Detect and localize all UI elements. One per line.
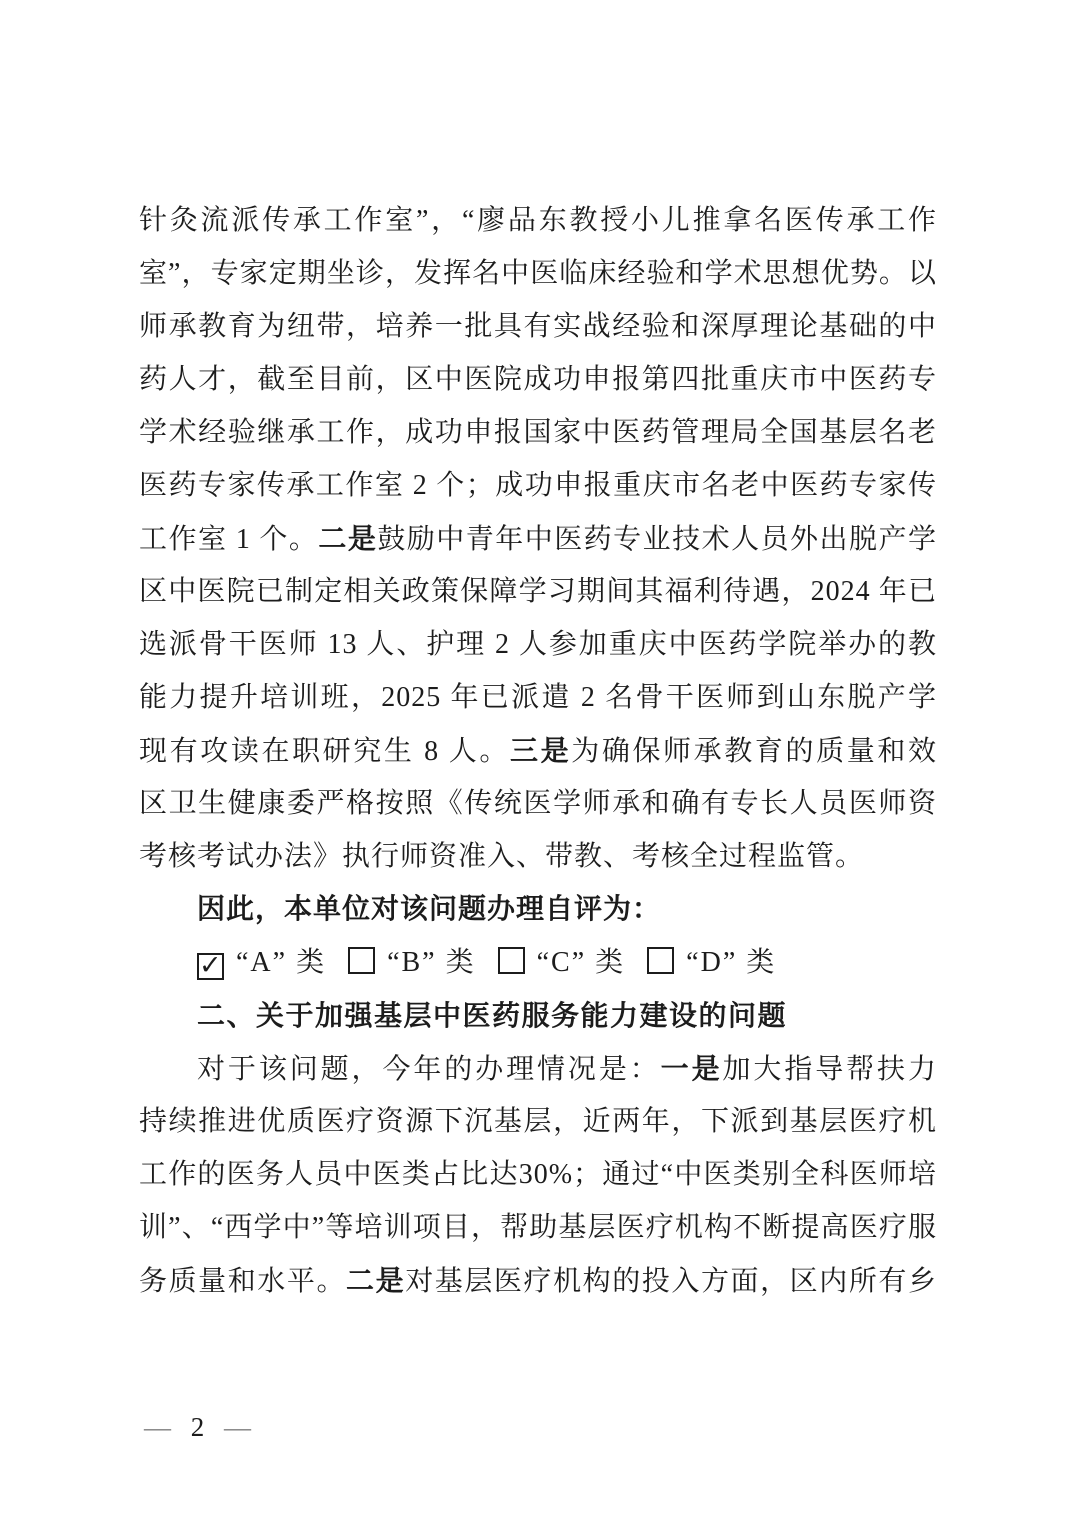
text-segment: 区中医院已制定相关政策保障学习期间其福利待遇，2024 年已 bbox=[139, 576, 937, 607]
para1-line: 师承教育为纽带，培养一批具有实战经验和深厚理论基础的中医 bbox=[139, 300, 937, 353]
checkbox-checked-A[interactable]: ✓ bbox=[197, 953, 224, 980]
text-segment: 考核考试办法》执行师资准入、带教、考核全过程监管。 bbox=[139, 841, 864, 872]
text-segment: 对于该问题，今年的办理情况是： bbox=[197, 1054, 661, 1085]
para1-line: 现有攻读在职研究生 8 人。三是为确保师承教育的质量和效果， bbox=[139, 724, 937, 777]
para2-line: 对于该问题，今年的办理情况是：一是加大指导帮扶力度， bbox=[139, 1042, 937, 1095]
text-segment: 区卫生健康委严格按照《传统医学师承和确有专长人员医师资格 bbox=[139, 788, 937, 830]
text-segment: 针灸流派传承工作室”，“廖品东教授小儿推拿名医传承工作 bbox=[139, 205, 937, 236]
page-number: 2 bbox=[191, 1412, 205, 1442]
checkbox-unchecked-C[interactable] bbox=[498, 947, 525, 974]
text-segment: 二、关于加强基层中医药服务能力建设的问题 bbox=[197, 1000, 787, 1031]
checkbox-unchecked-D[interactable] bbox=[647, 947, 674, 974]
para1-line: 区中医院已制定相关政策保障学习期间其福利待遇，2024 年已 bbox=[139, 565, 937, 618]
footer-right-dash: — bbox=[224, 1412, 251, 1442]
para2-line: 训”、“西学中”等培训项目，帮助基层医疗机构不断提高医疗服 bbox=[139, 1201, 937, 1254]
document-body: 针灸流派传承工作室”，“廖品东教授小儿推拿名医传承工作室”，专家定期坐诊，发挥名… bbox=[139, 194, 937, 1307]
text-segment: 务质量和水平。 bbox=[139, 1266, 346, 1297]
text-segment: 室”，专家定期坐诊，发挥名中医临床经验和学术思想优势。以 bbox=[139, 258, 937, 289]
text-segment: 因此，本单位对该问题办理自评为： bbox=[197, 894, 661, 925]
para2-line: 工作的医务人员中医类占比达30%；通过“中医类别全科医师培 bbox=[139, 1148, 937, 1201]
text-segment: 师承教育为纽带，培养一批具有实战经验和深厚理论基础的中医 bbox=[139, 311, 937, 353]
para1-line: 能力提升培训班，2025 年已派遣 2 名骨干医师到山东脱产学习， bbox=[139, 671, 937, 724]
text-segment: 能力提升培训班，2025 年已派遣 2 名骨干医师到山东脱产学习， bbox=[139, 682, 937, 724]
text-segment: 持续推进优质医疗资源下沉基层，近两年，下派到基层医疗机构 bbox=[139, 1106, 937, 1148]
document-page: 针灸流派传承工作室”，“廖品东教授小儿推拿名医传承工作室”，专家定期坐诊，发挥名… bbox=[0, 0, 1074, 1520]
text-segment: 工作室 1 个。 bbox=[139, 524, 318, 555]
section-heading: 二、关于加强基层中医药服务能力建设的问题 bbox=[139, 989, 937, 1042]
text-segment: 工作的医务人员中医类占比达30%；通过“中医类别全科医师培 bbox=[139, 1159, 937, 1190]
self-evaluation-line: 因此，本单位对该问题办理自评为： bbox=[139, 883, 937, 936]
text-segment: 医药专家传承工作室 2 个；成功申报重庆市名老中医药专家传承 bbox=[139, 470, 937, 512]
emphasis-text: 二是 bbox=[318, 523, 377, 554]
page-footer: — 2 — bbox=[144, 1407, 251, 1447]
para1-line: 工作室 1 个。二是鼓励中青年中医药专业技术人员外出脱产学习， bbox=[139, 512, 937, 565]
footer-left-dash: — bbox=[144, 1412, 171, 1442]
para1-line: 药人才，截至目前，区中医院成功申报第四批重庆市中医药专家 bbox=[139, 353, 937, 406]
text-segment: 现有攻读在职研究生 8 人。 bbox=[139, 736, 510, 767]
text-segment: 选派骨干医师 13 人、护理 2 人参加重庆中医药学院举办的教学 bbox=[139, 629, 937, 671]
emphasis-text: 一是 bbox=[661, 1053, 723, 1084]
checkbox-unchecked-B[interactable] bbox=[348, 947, 375, 974]
text-segment: “B” 类 bbox=[387, 947, 476, 978]
para2-line: 持续推进优质医疗资源下沉基层，近两年，下派到基层医疗机构 bbox=[139, 1095, 937, 1148]
para1-line: 室”，专家定期坐诊，发挥名中医临床经验和学术思想优势。以 bbox=[139, 247, 937, 300]
emphasis-text: 三是 bbox=[510, 735, 571, 766]
text-segment: “D” 类 bbox=[686, 947, 776, 978]
text-segment: “A” 类 bbox=[236, 947, 326, 978]
para1-line: 区卫生健康委严格按照《传统医学师承和确有专长人员医师资格 bbox=[139, 777, 937, 830]
rating-options-line: ✓“A” 类“B” 类“C” 类“D” 类 bbox=[139, 936, 937, 989]
text-segment: 训”、“西学中”等培训项目，帮助基层医疗机构不断提高医疗服 bbox=[139, 1212, 937, 1243]
para1-line: 学术经验继承工作，成功申报国家中医药管理局全国基层名老中 bbox=[139, 406, 937, 459]
para1-line: 考核考试办法》执行师资准入、带教、考核全过程监管。 bbox=[139, 830, 937, 883]
text-segment: 学术经验继承工作，成功申报国家中医药管理局全国基层名老中 bbox=[139, 417, 937, 459]
para1-line: 选派骨干医师 13 人、护理 2 人参加重庆中医药学院举办的教学 bbox=[139, 618, 937, 671]
text-segment: 药人才，截至目前，区中医院成功申报第四批重庆市中医药专家 bbox=[139, 364, 937, 406]
text-segment: “C” 类 bbox=[537, 947, 626, 978]
para1-line: 针灸流派传承工作室”，“廖品东教授小儿推拿名医传承工作 bbox=[139, 194, 937, 247]
para1-line: 医药专家传承工作室 2 个；成功申报重庆市名老中医药专家传承 bbox=[139, 459, 937, 512]
para2-line: 务质量和水平。二是对基层医疗机构的投入方面，区内所有乡镇 bbox=[139, 1254, 937, 1307]
emphasis-text: 二是 bbox=[346, 1265, 405, 1296]
